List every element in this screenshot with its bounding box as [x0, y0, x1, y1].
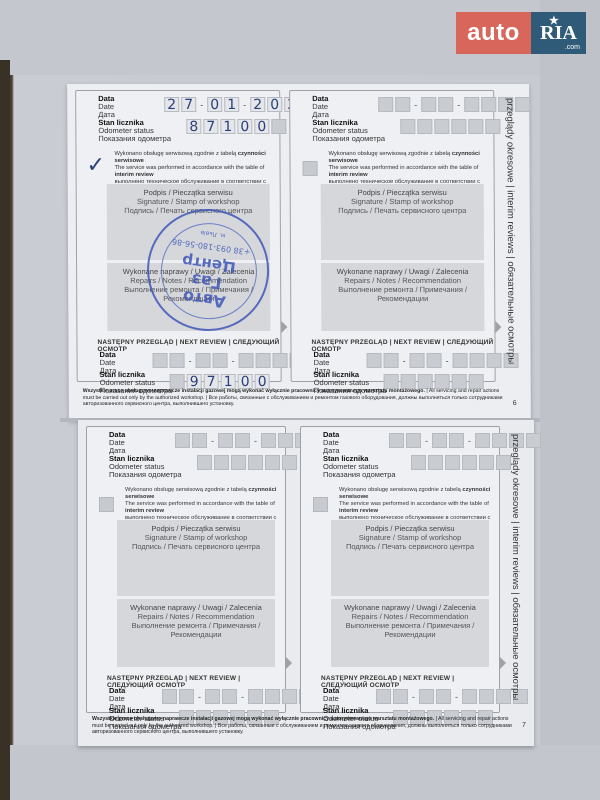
digit-box[interactable] — [449, 433, 464, 448]
digit-box[interactable] — [170, 353, 185, 368]
digit-box[interactable] — [256, 353, 271, 368]
digit-box[interactable] — [419, 689, 434, 704]
digit-box[interactable] — [479, 455, 494, 470]
digit-box[interactable] — [235, 433, 250, 448]
digit-box[interactable]: 7 — [203, 119, 218, 134]
review-entry-panel: DataDateДатаStan licznikaOdometer status… — [289, 90, 496, 382]
digit-box[interactable] — [273, 353, 288, 368]
digit-box[interactable] — [248, 455, 263, 470]
digit-box[interactable] — [496, 689, 511, 704]
digit-box[interactable] — [492, 433, 507, 448]
repairs-notes-area[interactable]: Wykonane naprawy / Uwagi / ZaleceniaRepa… — [321, 263, 484, 331]
footer-disclaimer: Wszystkie prace obsługowo-naprawcze inst… — [83, 388, 503, 408]
date-label: DataDateДата — [312, 95, 329, 119]
digit-box[interactable] — [282, 455, 297, 470]
digit-box[interactable] — [475, 433, 490, 448]
date-separator: - — [239, 692, 246, 702]
service-checkbox[interactable] — [303, 161, 318, 176]
date-separator: - — [455, 100, 462, 110]
digit-box[interactable] — [153, 353, 168, 368]
digit-box[interactable]: 0 — [267, 97, 282, 112]
date-separator: - — [410, 692, 417, 702]
digit-box[interactable] — [406, 433, 421, 448]
digit-box[interactable] — [400, 119, 415, 134]
digit-box[interactable] — [435, 374, 450, 389]
panel-notch — [495, 321, 501, 333]
digit-box[interactable]: 1 — [220, 119, 235, 134]
digit-box[interactable] — [384, 353, 399, 368]
digit-box[interactable]: 7 — [204, 374, 219, 389]
digit-box[interactable] — [485, 119, 500, 134]
footer-disclaimer: Wszystkie prace obsługowo-naprawcze inst… — [92, 716, 512, 736]
service-checkbox[interactable] — [313, 497, 328, 512]
date-separator: - — [252, 436, 259, 446]
watermark-auto: auto — [456, 12, 531, 54]
digit-box[interactable] — [179, 689, 194, 704]
digit-box[interactable] — [367, 353, 382, 368]
digit-box[interactable] — [378, 97, 393, 112]
digit-box[interactable]: 0 — [254, 119, 269, 134]
digit-box[interactable] — [481, 97, 496, 112]
digit-box[interactable] — [468, 119, 483, 134]
digit-box[interactable] — [376, 689, 391, 704]
review-entry-panel: DataDateДатаStan licznikaOdometer status… — [75, 90, 282, 382]
digit-box[interactable] — [213, 353, 228, 368]
date-separator: - — [187, 356, 194, 366]
digit-box[interactable]: 8 — [186, 119, 201, 134]
digit-box[interactable]: 0 — [207, 97, 222, 112]
odometer-input[interactable] — [400, 119, 502, 134]
digit-box[interactable] — [192, 433, 207, 448]
date-label: DataDateДата — [323, 431, 340, 455]
digit-box[interactable] — [239, 353, 254, 368]
next-review-date-input[interactable]: -- — [153, 353, 307, 368]
digit-box[interactable] — [462, 455, 477, 470]
digit-box[interactable] — [205, 689, 220, 704]
checkmark-icon[interactable]: ✓ — [86, 153, 105, 178]
digit-box[interactable] — [515, 97, 530, 112]
odometer-label: Stan licznikaOdometer statusПоказания од… — [312, 119, 385, 143]
date-separator: - — [209, 436, 216, 446]
digit-box[interactable]: 2 — [164, 97, 179, 112]
date-separator: - — [412, 100, 419, 110]
repairs-notes-area[interactable]: Wykonane naprawy / Uwagi / ZaleceniaRepa… — [117, 599, 275, 667]
digit-box[interactable] — [462, 689, 477, 704]
digit-box[interactable]: 0 — [255, 374, 270, 389]
digit-box[interactable] — [496, 455, 511, 470]
digit-box[interactable]: 7 — [181, 97, 196, 112]
digit-box[interactable]: 2 — [250, 97, 265, 112]
booklet-page-7: DataDateДатаStan licznikaOdometer status… — [78, 420, 534, 746]
digit-box[interactable]: 0 — [238, 374, 253, 389]
date-separator: - — [196, 692, 203, 702]
date-separator: - — [423, 436, 430, 446]
date-separator: - — [230, 356, 237, 366]
digit-box[interactable] — [389, 433, 404, 448]
odometer-label: Stan licznikaOdometer statusПоказания од… — [98, 119, 171, 143]
date-separator: - — [444, 356, 451, 366]
digit-box[interactable] — [265, 689, 280, 704]
digit-box[interactable] — [470, 353, 485, 368]
digit-box[interactable] — [451, 119, 466, 134]
digit-box[interactable] — [278, 433, 293, 448]
digit-box[interactable] — [418, 374, 433, 389]
digit-box[interactable] — [395, 97, 410, 112]
digit-box[interactable] — [438, 97, 453, 112]
page-number: 6 — [513, 400, 517, 407]
digit-box[interactable] — [218, 433, 233, 448]
signature-stamp-area[interactable]: Podpis / Pieczątka serwisuSignature / St… — [321, 184, 484, 260]
star-icon: ★ — [549, 14, 559, 27]
digit-box[interactable] — [271, 119, 286, 134]
next-review-title: NASTĘPNY PRZEGLĄD | NEXT REVIEW | СЛЕДУЮ… — [107, 675, 285, 689]
digit-box[interactable] — [432, 433, 447, 448]
digit-box[interactable] — [261, 433, 276, 448]
digit-box[interactable] — [162, 689, 177, 704]
digit-box[interactable] — [175, 433, 190, 448]
digit-box[interactable] — [170, 374, 185, 389]
date-label: DataDateДата — [98, 95, 115, 119]
next-review-date-input[interactable]: -- — [376, 689, 530, 704]
next-review-title: NASTĘPNY PRZEGLĄD | NEXT REVIEW | СЛЕДУЮ… — [321, 675, 499, 689]
date-separator: - — [401, 356, 408, 366]
next-review-date-input[interactable]: -- — [162, 689, 316, 704]
digit-box[interactable] — [452, 374, 467, 389]
next-review-date-input[interactable]: -- — [367, 353, 521, 368]
odometer-input[interactable]: 87100 — [186, 119, 288, 134]
review-entry-panel: DataDateДатаStan licznikaOdometer status… — [300, 426, 500, 713]
signature-stamp-area[interactable]: Podpis / Pieczątka serwisuSignature / St… — [331, 520, 489, 596]
digit-box[interactable] — [445, 455, 460, 470]
digit-box[interactable]: 1 — [224, 97, 239, 112]
digit-box[interactable]: 1 — [221, 374, 236, 389]
panel-notch — [286, 657, 292, 669]
digit-box[interactable] — [487, 353, 502, 368]
date-separator: - — [198, 100, 205, 110]
odometer-input[interactable] — [197, 455, 299, 470]
digit-box[interactable] — [410, 353, 425, 368]
digit-box[interactable] — [384, 374, 399, 389]
service-checkbox[interactable] — [99, 497, 114, 512]
digit-box[interactable] — [265, 455, 280, 470]
signature-stamp-area[interactable]: Podpis / Pieczątka serwisuSignature / St… — [117, 520, 275, 596]
repairs-notes-area[interactable]: Wykonane naprawy / Uwagi / ZaleceniaRepa… — [331, 599, 489, 667]
digit-box[interactable] — [464, 97, 479, 112]
next-review-title: NASTĘPNY PRZEGLĄD | NEXT REVIEW | СЛЕДУЮ… — [311, 339, 494, 353]
panel-notch — [500, 657, 506, 669]
digit-box[interactable] — [222, 689, 237, 704]
odometer-input[interactable] — [411, 455, 513, 470]
digit-box[interactable] — [421, 97, 436, 112]
digit-box[interactable] — [417, 119, 432, 134]
digit-box[interactable] — [526, 433, 541, 448]
next-review-title: NASTĘPNY PRZEGLĄD | NEXT REVIEW | СЛЕДУЮ… — [97, 339, 280, 353]
digit-box[interactable] — [428, 455, 443, 470]
booklet-page-6: DataDateДатаStan licznikaOdometer status… — [67, 84, 531, 420]
page-number: 7 — [522, 722, 526, 729]
date-separator: - — [241, 100, 248, 110]
date-separator: - — [453, 692, 460, 702]
digit-box[interactable] — [231, 455, 246, 470]
review-entry-panel: DataDateДатаStan licznikaOdometer status… — [86, 426, 286, 713]
digit-box[interactable] — [401, 374, 416, 389]
digit-box[interactable]: 0 — [237, 119, 252, 134]
digit-box[interactable] — [214, 455, 229, 470]
section-side-title: przeglądy okresowe | interim reviews | о… — [504, 98, 516, 364]
digit-box[interactable] — [453, 353, 468, 368]
next-review-odometer-input[interactable]: 97100 — [170, 374, 272, 389]
odometer-label: Stan licznikaOdometer statusПоказания од… — [323, 455, 396, 479]
digit-box[interactable] — [282, 689, 297, 704]
digit-box[interactable] — [411, 455, 426, 470]
date-label: DataDateДата — [109, 431, 126, 455]
panel-notch — [281, 321, 287, 333]
digit-box[interactable] — [427, 353, 442, 368]
digit-box[interactable] — [197, 455, 212, 470]
digit-box[interactable]: 9 — [187, 374, 202, 389]
section-side-title: przeglądy okresowe | interim reviews | о… — [510, 434, 521, 700]
odometer-label: Stan licznikaOdometer statusПоказания од… — [109, 455, 182, 479]
digit-box[interactable] — [434, 119, 449, 134]
digit-box[interactable] — [479, 689, 494, 704]
watermark-ria: ★ RIA .com — [531, 12, 586, 54]
digit-box[interactable] — [196, 353, 211, 368]
digit-box[interactable] — [469, 374, 484, 389]
autoria-watermark: auto ★ RIA .com — [456, 12, 586, 54]
next-review-odometer-input[interactable] — [384, 374, 486, 389]
digit-box[interactable] — [248, 689, 263, 704]
date-separator: - — [466, 436, 473, 446]
digit-box[interactable] — [393, 689, 408, 704]
digit-box[interactable] — [436, 689, 451, 704]
